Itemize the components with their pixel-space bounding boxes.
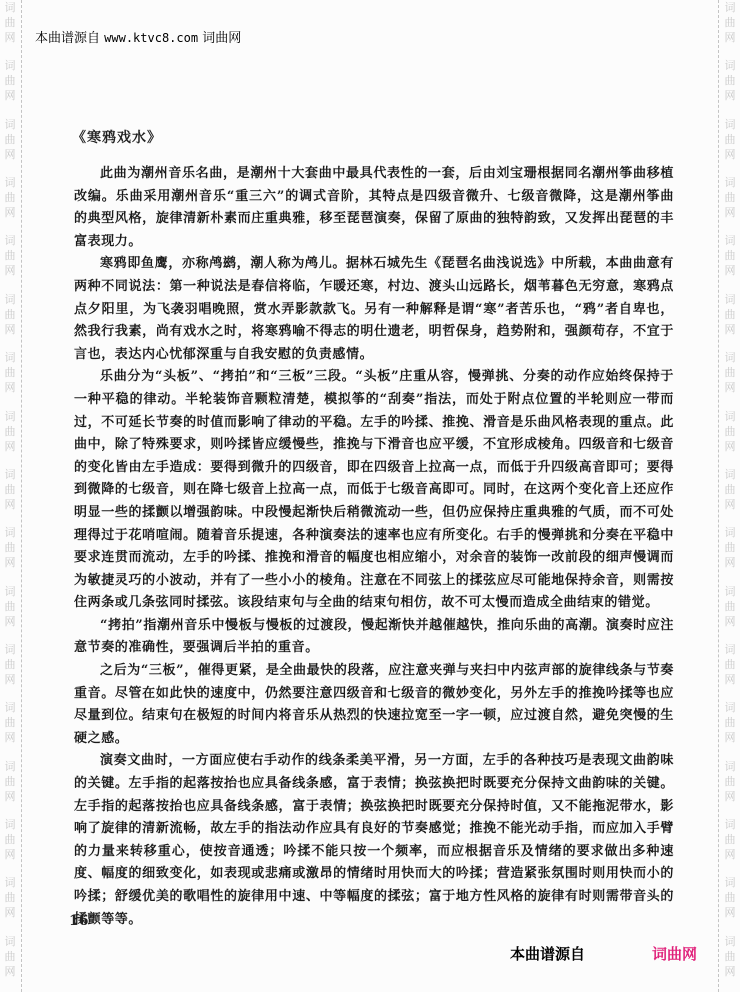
watermark-char: 网 [725,614,736,629]
watermark-char: 词 [725,934,736,949]
article-body: 此曲为潮州音乐名曲，是潮州十大套曲中最具代表性的一套，后由刘宝珊根据同名潮州筝曲… [74,163,674,931]
watermark-char: 曲 [725,307,736,322]
watermark-block: 词曲网 [5,233,16,291]
watermark-char: 词 [5,233,16,248]
watermark-char: 词 [5,759,16,774]
watermark-char: 网 [725,380,736,395]
watermark-char: 曲 [5,307,16,322]
watermark-char: 曲 [725,15,736,30]
watermark-char: 曲 [725,540,736,555]
watermark-block: 词曲网 [725,58,736,116]
watermark-char: 曲 [725,715,736,730]
watermark-char: 网 [725,88,736,103]
watermark-char: 词 [725,525,736,540]
watermark-block: 词曲网 [5,934,16,992]
watermark-block: 词曲网 [5,175,16,233]
watermark-char: 网 [5,614,16,629]
watermark-char: 网 [725,847,736,862]
watermark-char: 网 [5,30,16,45]
watermark-char: 词 [5,58,16,73]
watermark-char: 词 [5,175,16,190]
paragraph-wenqu: 演奏文曲时，一方面应使右手动作的线条柔美平滑，另一方面，左手的各种技巧是表现文曲… [74,750,674,931]
watermark-char: 曲 [725,73,736,88]
paragraph-intro: 此曲为潮州音乐名曲，是潮州十大套曲中最具代表性的一套，后由刘宝珊根据同名潮州筝曲… [74,163,674,253]
watermark-block: 词曲网 [725,350,736,408]
watermark-block: 词曲网 [5,700,16,758]
watermark-char: 网 [725,322,736,337]
paragraph-structure: 乐曲分为“头板”、“拷拍”和“三板”三段。“头板”庄重从容，慢弹挑、分奏的动作应… [74,366,674,615]
watermark-char: 曲 [5,424,16,439]
right-watermark-strip: 词曲网词曲网词曲网词曲网词曲网词曲网词曲网词曲网词曲网词曲网词曲网词曲网词曲网词… [722,0,738,992]
watermark-char: 曲 [5,657,16,672]
watermark-char: 词 [725,700,736,715]
watermark-block: 词曲网 [5,117,16,175]
watermark-block: 词曲网 [5,875,16,933]
watermark-char: 曲 [5,715,16,730]
watermark-char: 词 [5,525,16,540]
left-dashed-line [21,0,22,992]
watermark-char: 曲 [725,949,736,964]
watermark-char: 词 [5,409,16,424]
watermark-char: 词 [5,934,16,949]
watermark-block: 词曲网 [725,875,736,933]
watermark-block: 词曲网 [5,409,16,467]
source-prefix: 本曲谱源自 [35,31,104,46]
article-title: 《寒鸦戏水》 [72,127,162,147]
watermark-char: 网 [5,322,16,337]
source-url[interactable]: www.ktvc8.com [104,31,198,45]
watermark-char: 词 [5,117,16,132]
watermark-char: 网 [5,730,16,745]
watermark-char: 网 [725,555,736,570]
watermark-char: 网 [725,730,736,745]
watermark-char: 词 [725,467,736,482]
watermark-block: 词曲网 [725,175,736,233]
watermark-char: 词 [725,117,736,132]
watermark-char: 网 [725,905,736,920]
watermark-char: 网 [5,497,16,512]
watermark-block: 词曲网 [725,525,736,583]
watermark-char: 网 [725,964,736,979]
watermark-char: 曲 [725,482,736,497]
watermark-char: 网 [5,847,16,862]
watermark-char: 曲 [725,890,736,905]
watermark-char: 词 [725,642,736,657]
watermark-char: 词 [5,817,16,832]
watermark-char: 曲 [725,657,736,672]
footer-site-name[interactable]: 词曲网 [652,943,697,964]
watermark-char: 曲 [5,540,16,555]
source-suffix: 词曲网 [198,31,241,46]
paragraph-meaning: 寒鸦即鱼鹰，亦称鸬鹚，潮人称为鸬儿。据林石城先生《琵琶名曲浅说选》中所载，本曲曲… [74,253,674,366]
watermark-char: 词 [5,350,16,365]
watermark-block: 词曲网 [725,0,736,58]
watermark-char: 网 [725,789,736,804]
watermark-char: 曲 [5,365,16,380]
watermark-block: 词曲网 [5,759,16,817]
watermark-char: 词 [5,700,16,715]
watermark-block: 词曲网 [725,934,736,992]
watermark-block: 词曲网 [5,584,16,642]
watermark-char: 曲 [5,248,16,263]
watermark-char: 曲 [725,132,736,147]
watermark-block: 词曲网 [725,700,736,758]
watermark-char: 词 [5,292,16,307]
watermark-block: 词曲网 [5,0,16,58]
paragraph-kaopai: “拷拍”指潮州音乐中慢板与慢板的过渡段，慢起渐快并越催越快，推向乐曲的高潮。演奏… [74,615,674,660]
watermark-char: 曲 [5,190,16,205]
watermark-char: 曲 [725,832,736,847]
watermark-block: 词曲网 [725,584,736,642]
left-watermark-strip: 词曲网词曲网词曲网词曲网词曲网词曲网词曲网词曲网词曲网词曲网词曲网词曲网词曲网词… [2,0,18,992]
watermark-char: 词 [5,467,16,482]
watermark-block: 词曲网 [725,467,736,525]
watermark-char: 曲 [725,599,736,614]
watermark-char: 网 [725,263,736,278]
watermark-char: 曲 [725,424,736,439]
watermark-char: 词 [5,642,16,657]
watermark-char: 曲 [5,832,16,847]
watermark-char: 曲 [5,949,16,964]
watermark-char: 词 [725,233,736,248]
watermark-char: 词 [5,875,16,890]
watermark-block: 词曲网 [725,642,736,700]
watermark-char: 曲 [725,365,736,380]
watermark-block: 词曲网 [5,467,16,525]
watermark-char: 网 [5,964,16,979]
watermark-char: 曲 [725,774,736,789]
watermark-char: 词 [725,58,736,73]
watermark-block: 词曲网 [5,292,16,350]
watermark-char: 曲 [5,482,16,497]
watermark-char: 词 [5,584,16,599]
watermark-block: 词曲网 [725,117,736,175]
watermark-char: 词 [725,584,736,599]
watermark-char: 网 [5,555,16,570]
right-dashed-line [718,0,719,992]
watermark-char: 词 [725,759,736,774]
watermark-char: 网 [5,88,16,103]
watermark-char: 网 [725,497,736,512]
watermark-char: 网 [725,147,736,162]
watermark-char: 词 [725,292,736,307]
watermark-char: 网 [725,30,736,45]
watermark-char: 网 [5,789,16,804]
watermark-block: 词曲网 [5,642,16,700]
watermark-block: 词曲网 [5,58,16,116]
watermark-char: 曲 [5,890,16,905]
watermark-block: 词曲网 [5,525,16,583]
watermark-char: 网 [725,205,736,220]
watermark-char: 词 [725,817,736,832]
watermark-char: 词 [725,175,736,190]
watermark-block: 词曲网 [5,350,16,408]
watermark-char: 网 [5,672,16,687]
watermark-block: 词曲网 [725,292,736,350]
watermark-char: 词 [5,0,16,15]
header-source-line: 本曲谱源自 www.ktvc8.com 词曲网 [35,27,241,46]
watermark-char: 曲 [5,15,16,30]
watermark-block: 词曲网 [725,409,736,467]
watermark-char: 曲 [5,73,16,88]
watermark-block: 词曲网 [725,233,736,291]
watermark-block: 词曲网 [5,817,16,875]
watermark-char: 曲 [5,132,16,147]
watermark-char: 曲 [725,190,736,205]
watermark-char: 网 [5,147,16,162]
watermark-block: 词曲网 [725,759,736,817]
watermark-char: 曲 [5,774,16,789]
watermark-char: 网 [725,439,736,454]
watermark-char: 词 [725,350,736,365]
footer-source-label: 本曲谱源自 [510,943,585,964]
watermark-char: 网 [5,263,16,278]
watermark-block: 词曲网 [725,817,736,875]
watermark-char: 词 [725,875,736,890]
watermark-char: 曲 [725,248,736,263]
watermark-char: 词 [725,0,736,15]
watermark-char: 网 [5,905,16,920]
paragraph-sanban: 之后为“三板”，催得更紧，是全曲最快的段落，应注意夹弹与夹扫中内弦声部的旋律线条… [74,660,674,750]
watermark-char: 曲 [5,599,16,614]
watermark-char: 网 [5,380,16,395]
watermark-char: 网 [725,672,736,687]
watermark-char: 网 [5,439,16,454]
watermark-char: 网 [5,205,16,220]
watermark-char: 词 [725,409,736,424]
page-number: 16 [69,913,88,929]
